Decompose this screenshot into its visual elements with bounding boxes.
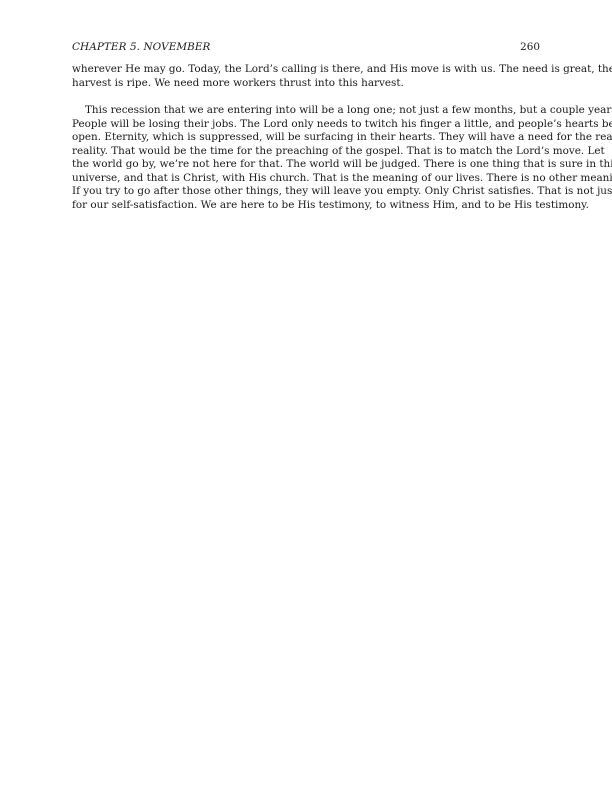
page-number: 260 xyxy=(520,41,540,53)
text-line: harvest is ripe. We need more workers th… xyxy=(72,77,540,91)
text-line: universe, and that is Christ, with His c… xyxy=(72,172,540,186)
paragraph-1: wherever He may go. Today, the Lord’s ca… xyxy=(72,63,540,90)
text-line: reality. That would be the time for the … xyxy=(72,145,540,159)
chapter-title: CHAPTER 5. NOVEMBER xyxy=(72,41,210,53)
running-header: CHAPTER 5. NOVEMBER 260 xyxy=(72,41,540,55)
text-line: wherever He may go. Today, the Lord’s ca… xyxy=(72,63,540,77)
text-line: If you try to go after those other thing… xyxy=(72,185,540,199)
text-line: the world go by, we’re not here for that… xyxy=(72,158,540,172)
text-line: open. Eternity, which is suppressed, wil… xyxy=(72,131,540,145)
text-line: This recession that we are entering into… xyxy=(72,104,540,118)
text-line: People will be losing their jobs. The Lo… xyxy=(72,118,540,132)
text-line: for our self-satisfaction. We are here t… xyxy=(72,199,540,213)
paragraph-2: This recession that we are entering into… xyxy=(72,104,540,212)
